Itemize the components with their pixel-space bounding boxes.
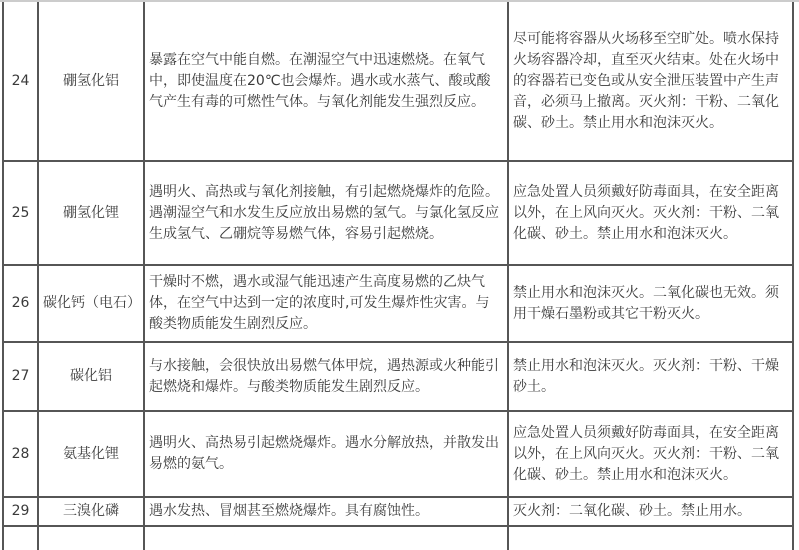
fire-response-cell: 应急处置人员须戴好防毒面具，在安全距离以外，在上风向灭火。灭火剂：干粉、二氧化碳… (508, 161, 793, 265)
table-row: 29 三溴化磷 遇水发热、冒烟甚至燃烧爆炸。具有腐蚀性。 灭火剂：二氧化碳、砂土… (3, 497, 793, 526)
chemical-name-cell: 碳化钙（电石） (38, 265, 144, 342)
fire-response-cell: 尽可能将容器从火场移至空旷处。喷水保持火场容器冷却，直至灭火结束。处在火场中的容… (508, 2, 793, 161)
chemical-name-cell: 三溴化磷 (38, 497, 144, 526)
row-number-cell: 27 (3, 342, 38, 411)
chemical-name-cell: 碳化铝 (38, 342, 144, 411)
row-number-cell: 29 (3, 497, 38, 526)
table-row: 27 碳化铝 与水接触，会很快放出易燃气体甲烷，遇热源或火种能引起燃烧和爆炸。与… (3, 342, 793, 411)
fire-response-cell: 应急处置人员须戴好防毒面具，在安全距离以外，在上风向灭火。灭火剂：干粉、二氧化碳… (508, 411, 793, 497)
hazard-cell: 遇明火、高热易引起燃烧爆炸。遇水分解放热，并散发出易燃的氨气。 (144, 411, 508, 497)
hazard-cell: 遇水发热、冒烟甚至燃烧爆炸。具有腐蚀性。 (144, 497, 508, 526)
table-row-partial (3, 526, 793, 545)
chemical-name-cell: 氨基化锂 (38, 411, 144, 497)
fire-response-cell (508, 526, 793, 545)
fire-response-cell: 灭火剂：二氧化碳、砂土。禁止用水。 (508, 497, 793, 526)
chemical-name-cell: 硼氢化铝 (38, 2, 144, 161)
row-number-cell: 26 (3, 265, 38, 342)
fire-response-cell: 禁止用水和泡沫灭火。二氧化碳也无效。须用干燥石墨粉或其它干粉灭火。 (508, 265, 793, 342)
table-row: 28 氨基化锂 遇明火、高热易引起燃烧爆炸。遇水分解放热，并散发出易燃的氨气。 … (3, 411, 793, 497)
hazard-cell: 暴露在空气中能自燃。在潮湿空气中迅速燃烧。在氧气中，即使温度在20℃也会爆炸。遇… (144, 2, 508, 161)
hazard-cell: 遇明火、高热或与氧化剂接触，有引起燃烧爆炸的危险。遇潮湿空气和水发生反应放出易燃… (144, 161, 508, 265)
document-page: 24 硼氢化铝 暴露在空气中能自燃。在潮湿空气中迅速燃烧。在氧气中，即使温度在2… (0, 0, 799, 545)
fire-response-cell: 禁止用水和泡沫灭火。灭火剂：干粉、干燥砂土。 (508, 342, 793, 411)
hazard-cell: 与水接触，会很快放出易燃气体甲烷，遇热源或火种能引起燃烧和爆炸。与酸类物质能发生… (144, 342, 508, 411)
table-row: 24 硼氢化铝 暴露在空气中能自燃。在潮湿空气中迅速燃烧。在氧气中，即使温度在2… (3, 2, 793, 161)
chemical-name-cell: 硼氢化锂 (38, 161, 144, 265)
hazchem-table: 24 硼氢化铝 暴露在空气中能自燃。在潮湿空气中迅速燃烧。在氧气中，即使温度在2… (2, 2, 794, 545)
chemical-name-cell (38, 526, 144, 545)
hazard-cell (144, 526, 508, 545)
row-number-cell (3, 526, 38, 545)
table-row: 25 硼氢化锂 遇明火、高热或与氧化剂接触，有引起燃烧爆炸的危险。遇潮湿空气和水… (3, 161, 793, 265)
hazard-cell: 干燥时不燃，遇水或湿气能迅速产生高度易燃的乙炔气体，在空气中达到一定的浓度时,可… (144, 265, 508, 342)
row-number-cell: 28 (3, 411, 38, 497)
table-row: 26 碳化钙（电石） 干燥时不燃，遇水或湿气能迅速产生高度易燃的乙炔气体，在空气… (3, 265, 793, 342)
row-number-cell: 24 (3, 2, 38, 161)
row-number-cell: 25 (3, 161, 38, 265)
